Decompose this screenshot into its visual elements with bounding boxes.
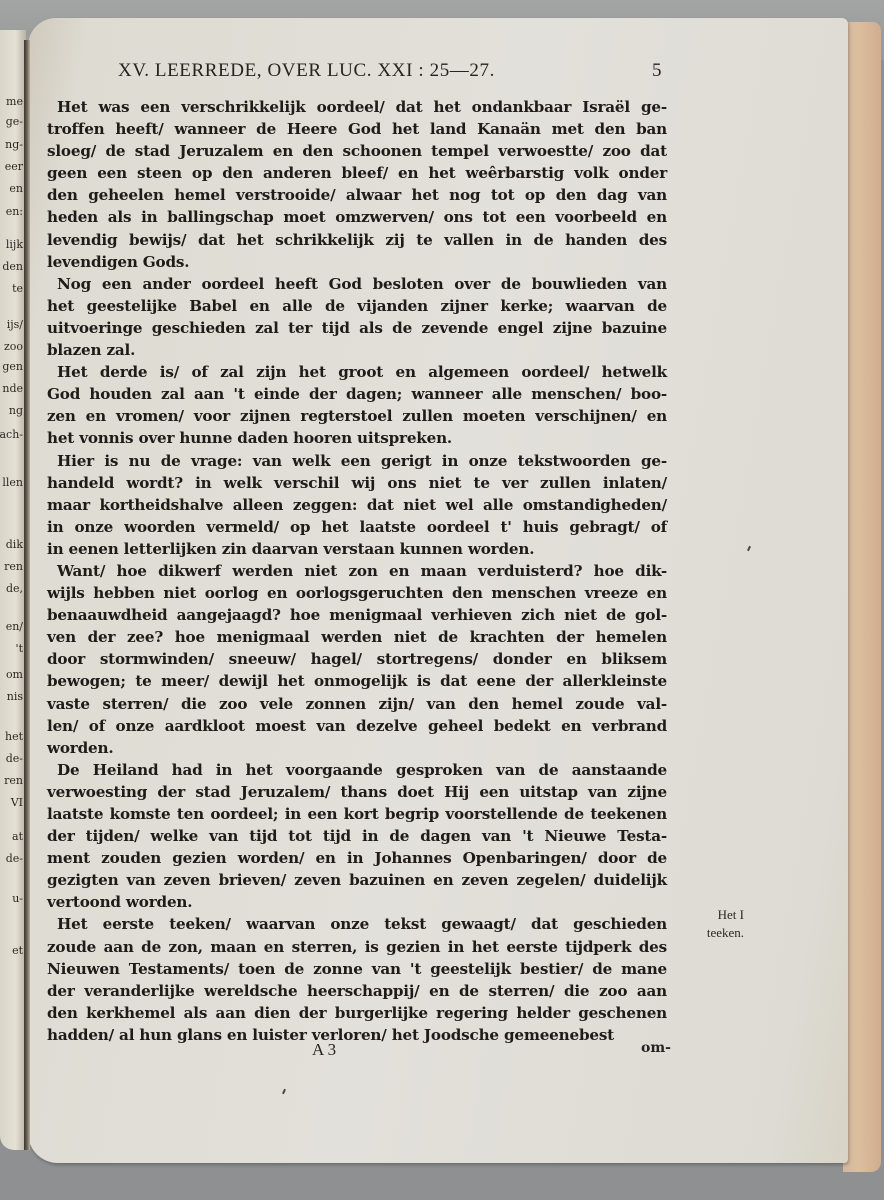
margin-note: Het I teeken.	[684, 906, 744, 942]
previous-page-text-fragment: en:	[6, 205, 23, 218]
text-line: levendig bewijs/ dat het schrikkelijk zi…	[47, 229, 667, 251]
previous-page-text-fragment: het	[5, 730, 23, 743]
previous-page-text-fragment: nde	[2, 382, 23, 395]
text-line: gezigten van zeven brieven/ zeven bazuin…	[47, 869, 667, 891]
previous-page-text-fragment: 't	[16, 642, 23, 655]
text-line: der tijden/ welke van tijd tot tijd in d…	[47, 825, 667, 847]
text-line: maar kortheidshalve alleen zeggen: dat n…	[47, 494, 667, 516]
text-line: in onze woorden vermeld/ op het laatste …	[47, 516, 667, 538]
text-line: Want/ hoe dikwerf werden niet zon en maa…	[47, 560, 667, 582]
paragraph: Nog een ander oordeel heeft God besloten…	[47, 273, 667, 361]
text-line: zoude aan de zon, maan en sterren, is ge…	[47, 936, 667, 958]
previous-page-text-fragment: ach-	[0, 428, 23, 441]
text-line: in eenen letterlijken zin daarvan versta…	[47, 538, 667, 560]
catchword: om-	[641, 1040, 671, 1056]
text-line: ven der zee? hoe menigmaal werden niet d…	[47, 626, 667, 648]
previous-page-text-fragment: de-	[6, 752, 23, 765]
book-gutter	[24, 40, 30, 1150]
text-line: worden.	[47, 737, 667, 759]
text-line: den kerkhemel als aan dien der burgerlij…	[47, 1002, 667, 1024]
previous-page-text-fragment: et	[12, 944, 23, 957]
text-line: God houden zal aan 't einde der dagen; w…	[47, 383, 667, 405]
previous-page-text-fragment: ijs/	[7, 318, 23, 331]
margin-note-line: teeken.	[684, 924, 744, 942]
text-line: sloeg/ de stad Jeruzalem en den schoonen…	[47, 140, 667, 162]
previous-page-text-fragment: en	[9, 182, 23, 195]
text-line: De Heiland had in het voorgaande gesprok…	[47, 759, 667, 781]
previous-page-text-fragment: te	[12, 282, 23, 295]
text-line: het geestelijke Babel en alle de vijande…	[47, 295, 667, 317]
paragraph: Het eerste teeken/ waarvan onze tekst ge…	[47, 913, 667, 1046]
text-line: handeld wordt? in welk verschil wij ons …	[47, 472, 667, 494]
text-line: den geheelen hemel verstrooide/ alwaar h…	[47, 184, 667, 206]
text-line: vaste sterren/ die zoo vele zonnen zijn/…	[47, 693, 667, 715]
previous-page-text-fragment: at	[12, 830, 23, 843]
previous-page-text-fragment: zoo	[4, 340, 23, 353]
previous-page-text-fragment: ren	[4, 560, 23, 573]
text-line: heden als in ballingschap moet omzwerven…	[47, 206, 667, 228]
text-line: geen een steen op den anderen bleef/ en …	[47, 162, 667, 184]
text-line: door stormwinden/ sneeuw/ hagel/ stortre…	[47, 648, 667, 670]
text-line: blazen zal.	[47, 339, 667, 361]
text-line: troffen heeft/ wanneer de Heere God het …	[47, 118, 667, 140]
previous-page-text-fragment: en/	[6, 620, 23, 633]
paragraph: Want/ hoe dikwerf werden niet zon en maa…	[47, 560, 667, 759]
page-number: 5	[652, 60, 662, 82]
previous-page-text-fragment: ng-	[5, 138, 23, 151]
margin-note-line: Het I	[684, 906, 744, 924]
previous-page-text-fragment: de,	[6, 582, 23, 595]
text-line: laatste komste ten oordeel; in een kort …	[47, 803, 667, 825]
text-line: bewogen; te meer/ dewijl het onmogelijk …	[47, 670, 667, 692]
previous-page-edge: mege-ng-eerenen:lijkdenteijs/zoogenndeng…	[0, 30, 26, 1150]
signature-mark: A 3	[312, 1040, 336, 1060]
previous-page-text-fragment: llen	[2, 476, 23, 489]
text-line: Nog een ander oordeel heeft God besloten…	[47, 273, 667, 295]
text-line: Het derde is/ of zal zijn het groot en a…	[47, 361, 667, 383]
text-line: vertoond worden.	[47, 891, 667, 913]
text-line: der veranderlijke wereldsche heerschappi…	[47, 980, 667, 1002]
paragraph: De Heiland had in het voorgaande gesprok…	[47, 759, 667, 914]
text-line: hadden/ al hun glans en luister verloren…	[47, 1024, 667, 1046]
text-line: wijls hebben niet oorlog en oorlogsgeruc…	[47, 582, 667, 604]
running-head: XV. LEERREDE, OVER LUC. XXI : 25—27.	[118, 60, 668, 82]
previous-page-text-fragment: dik	[6, 538, 23, 551]
previous-page-text-fragment: de-	[6, 852, 23, 865]
previous-page-text-fragment: om	[6, 668, 23, 681]
text-line: ment zouden gezien worden/ en in Johanne…	[47, 847, 667, 869]
text-line: Het was een verschrikkelijk oordeel/ dat…	[47, 96, 667, 118]
text-line: benaauwdheid aangejaagd? hoe menigmaal v…	[47, 604, 667, 626]
text-line: zen en vromen/ voor zijnen regterstoel z…	[47, 405, 667, 427]
previous-page-text-fragment: me	[6, 95, 23, 108]
previous-page-text-fragment: u-	[12, 892, 23, 905]
previous-page-text-fragment: den	[2, 260, 23, 273]
previous-page-text-fragment: lijk	[6, 238, 23, 251]
paragraph: Het derde is/ of zal zijn het groot en a…	[47, 361, 667, 449]
previous-page-text-fragment: nis	[7, 690, 23, 703]
text-line: Nieuwen Testaments/ toen de zonne van 't…	[47, 958, 667, 980]
page-block-edge	[843, 22, 881, 1172]
previous-page-text-fragment: gen	[2, 360, 23, 373]
text-line: uitvoeringe geschieden zal ter tijd als …	[47, 317, 667, 339]
previous-page-text-fragment: ng	[9, 404, 23, 417]
text-line: Het eerste teeken/ waarvan onze tekst ge…	[47, 913, 667, 935]
previous-page-text-fragment: VI	[11, 796, 23, 809]
body-text: Het was een verschrikkelijk oordeel/ dat…	[47, 96, 667, 1046]
previous-page-text-fragment: ge-	[6, 115, 23, 128]
text-line: het vonnis over hunne daden hooren uitsp…	[47, 427, 667, 449]
previous-page-text-fragment: ren	[4, 774, 23, 787]
previous-page-text-fragment: eer	[5, 160, 23, 173]
paragraph: Het was een verschrikkelijk oordeel/ dat…	[47, 96, 667, 273]
paragraph: Hier is nu de vrage: van welk een gerigt…	[47, 450, 667, 560]
text-line: Hier is nu de vrage: van welk een gerigt…	[47, 450, 667, 472]
text-line: levendigen Gods.	[47, 251, 667, 273]
text-line: verwoesting der stad Jeruzalem/ thans do…	[47, 781, 667, 803]
text-line: len/ of onze aardkloot moest van dezelve…	[47, 715, 667, 737]
